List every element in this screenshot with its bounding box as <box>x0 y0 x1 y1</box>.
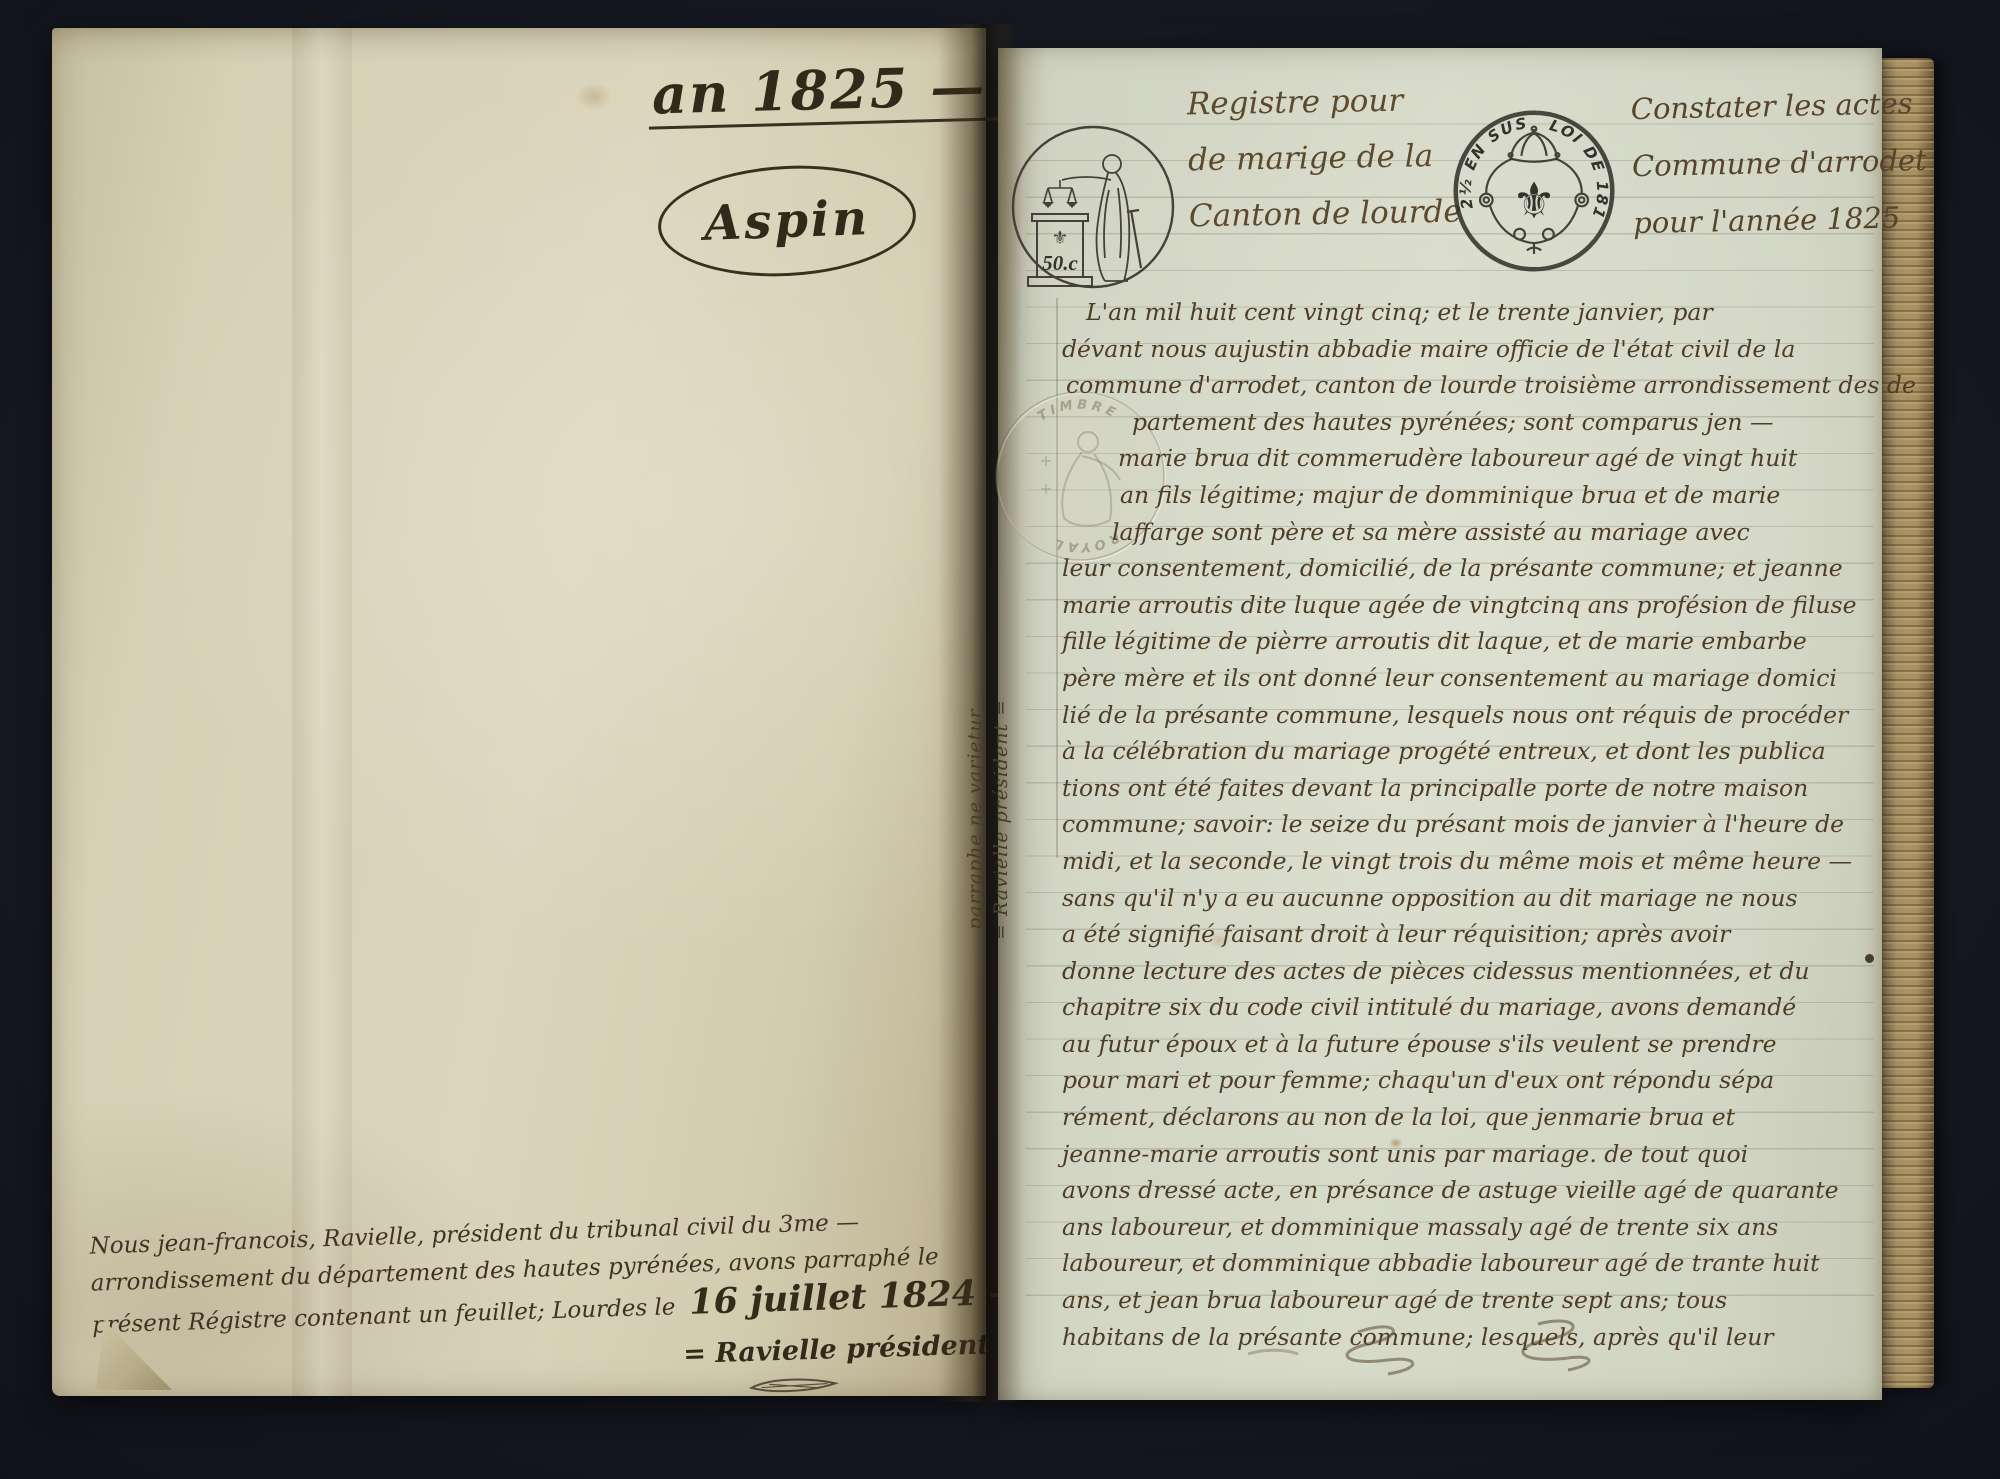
act-line: chapitre six du code civil intitulé du m… <box>1062 989 1874 1026</box>
marriage-act-text: L'an mil huit cent vingt cinq; et le tre… <box>1062 294 1874 1355</box>
act-line: partement des hautes pyrénées; sont comp… <box>1062 404 1874 441</box>
act-line: a été signifié faisant droit à leur réqu… <box>1062 916 1874 953</box>
act-line: commune; savoir: le seize du présant moi… <box>1062 806 1874 843</box>
title-line: Constater les actes <box>1630 75 1926 138</box>
act-line: à la célébration du mariage progété entr… <box>1062 733 1874 770</box>
right-page: ⚜ 50.c Registre pourde marige de laCanto… <box>998 48 1882 1400</box>
tax-stamp-1816: 2½ EN SUS LOI DE 1816 ⚜ <box>1444 98 1624 284</box>
spine-vertical-note: parraphe ne varietur = Ravielle présiden… <box>964 626 1012 1012</box>
spine-note-line2: = Ravielle président = <box>990 626 1012 1012</box>
margin-line <box>1056 298 1058 858</box>
register-title-left: Registre pourde marige de laCanton de lo… <box>1187 72 1463 245</box>
act-line: marie arroutis dite luque agée de vingtc… <box>1062 587 1874 624</box>
paraph-line3-prefix: présent Régistre contenant un feuillet; … <box>92 1294 676 1338</box>
act-line: père mère et ils ont donné leur consente… <box>1062 660 1874 697</box>
left-page: an 1825 — Aspin Nous jean-francois, Ravi… <box>52 28 986 1396</box>
act-line: ans laboureur, et domminique massaly agé… <box>1062 1209 1874 1246</box>
title-line: de marige de la <box>1188 128 1462 189</box>
act-line: marie brua dit commerudère laboureur agé… <box>1062 440 1874 477</box>
act-line: sans qu'il n'y a eu aucunne opposition a… <box>1062 880 1874 917</box>
title-line: Commune d'arrodet <box>1631 132 1927 195</box>
act-line: midi, et la seconde, le vingt trois du m… <box>1062 843 1874 880</box>
title-line: pour l'année 1825 <box>1633 189 1929 252</box>
act-line: tions ont été faites devant la principal… <box>1062 770 1874 807</box>
page-edge-stack <box>1880 58 1934 1388</box>
act-line: avons dressé acte, en présance de astuge… <box>1062 1172 1874 1209</box>
act-line: fille légitime de pièrre arroutis dit la… <box>1062 623 1874 660</box>
revenue-stamp-50c: ⚜ 50.c <box>1008 118 1178 296</box>
title-line: Registre pour <box>1187 72 1461 133</box>
act-line: laffarge sont père et sa mère assisté au… <box>1062 514 1874 551</box>
act-line: rément, déclarons au non de la loi, que … <box>1062 1099 1874 1136</box>
scales-icon <box>1042 180 1078 208</box>
act-line: jeanne-marie arroutis sont unis par mari… <box>1062 1136 1874 1173</box>
commune-oval: Aspin <box>655 159 918 282</box>
act-line: donne lecture des actes de pièces cidess… <box>1062 953 1874 990</box>
stamp-value: 50.c <box>1042 251 1078 275</box>
act-line: an fils légitime; majur de domminique br… <box>1062 477 1874 514</box>
act-line: commune d'arrodet, canton de lourde troi… <box>1062 367 1874 404</box>
act-line: laboureur, et domminique abbadie laboure… <box>1062 1245 1874 1282</box>
paper-crease <box>292 28 352 1396</box>
fleur-de-lis-icon: ⚜ <box>1512 171 1557 230</box>
signature-flourish-icon <box>749 1375 840 1396</box>
title-line: Canton de lourde <box>1189 184 1463 245</box>
fleur-de-lis-icon: ⚜ <box>1052 227 1069 249</box>
altar <box>1028 214 1092 286</box>
register-title-right: Constater les actesCommune d'arrodetpour… <box>1630 75 1928 252</box>
act-line: au futur époux et à la future épouse s'i… <box>1062 1026 1874 1063</box>
act-line: lié de la présante commune, lesquels nou… <box>1062 697 1874 734</box>
act-line: L'an mil huit cent vingt cinq; et le tre… <box>1062 294 1874 331</box>
president-signature: = Ravielle président = <box>683 1325 1024 1373</box>
act-line: leur consentement, domicilié, de la prés… <box>1062 550 1874 587</box>
act-line: pour mari et pour femme; chaqu'un d'eux … <box>1062 1062 1874 1099</box>
act-line: dévant nous aujustin abbadie maire offic… <box>1062 331 1874 368</box>
year-heading: an 1825 — <box>647 53 999 129</box>
manuscript-register-scan: { "left_page": { "year_heading": "an 182… <box>0 0 2000 1479</box>
ink-blot <box>1865 954 1874 963</box>
commune-oval-label: Aspin <box>703 190 871 252</box>
paraph-note: Nous jean-francois, Ravielle, président … <box>89 1199 1025 1428</box>
spine-note-line1: parraphe ne varietur <box>964 626 986 1012</box>
ink-flourish <box>1238 1314 1698 1394</box>
